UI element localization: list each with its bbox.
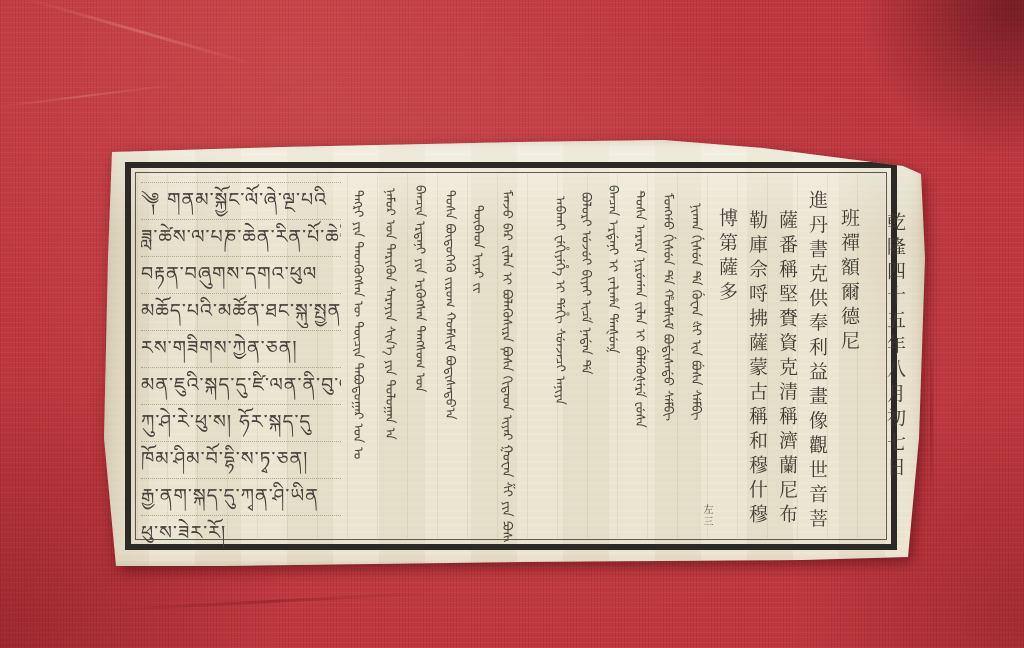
chinese-column: 博第薩多 (715, 208, 741, 308)
mongolian-column: ᠲᠥᠪᠡᠳ ᠢᠶᠡᠷ ᠵᠢᠶᠠᠨᠷᠡᠶᠢᠰᠢᠭ (466, 205, 490, 293)
fabric-crease (0, 83, 179, 108)
tibetan-line: བརྟན་བཞུགས་དགའ་ཕུལ (141, 256, 341, 291)
mongolian-column: ᠮᠠᠨᠵᠤ ᠪᠠᠷ ᠵᠢᠯᠠᠨ ᠢ ᠪᠤᠯᠡᠬᠦᠰᠢᠷᠡ ᠹᠤᠰᠠ ᠬᠢᠲᠠᠳ … (495, 190, 519, 542)
mongolian-column: ᠲᠩᠷᠢ ᠶᠢᠨ ᠲᠡᠳᠬᠦᠭᠰᠡᠨ ᠦ ᠳᠥᠴᠢᠨ ᠲᠠᠪᠤᠳᠤᠭᠠᠷ ᠣᠨ … (346, 190, 370, 505)
chinese-column: 勒庫佘哷拂薩蒙古稱和穆什穆 (745, 210, 771, 542)
tibetan-line: རྒྱ་ནག་སྐད་དུ་ཀྭན་ཤི་ཡིན (141, 478, 341, 513)
fabric-crease (24, 0, 256, 66)
tibetan-line: མཆོད་པའི་མཚོན་ཐང་སྐུ་སྤྱན (141, 293, 341, 328)
manchu-column: ᠪᠠᠨᠴᠠᠨ ᡝᡵᡩᡝᠨᡳ ᡳ ᠵᠠᡶᠠᡥᠠ ᡩᠠᠨᡧᡠᡴ (601, 185, 625, 543)
chinese-column: 乾隆四十五年八月初七日 (883, 212, 909, 512)
manchu-column: ᠠᠪᡴᠠᡳ ᠸᡝᡥᡳᠶᡝᡥᡝ ᡳ ᡩᡝᡥᡳ ᠰᡠᠨᠵᠠᠴᡳ ᠠᠨᡳᠶᠠ (548, 196, 572, 541)
document-paper-wrap: ༆ གནམ་སྐྱོང་ལོ་ཞེ་ལྔ་པའི ཟླ་ཚེས་ལ་པཎ་ཆེན… (103, 138, 925, 568)
manchu-column: ᠮᠣᠩᡤᠣ ᡤᡳᠰᡠᠨ ᡩᡝ ᡥᠣᠮᠰᡳᠮ ᠪᠣᡩᡳᠰᠠᡩᠣ ᠰᡝᠮᠪᡳ (656, 193, 680, 538)
manchu-column: ᠪᠣᠯᠣᡵᡳ ᡠᠵᡠᡳ ᠪᡳᠶᠠᡳ ᡳᠴᡝ ᠨᠠᡩᠠᠨ ᡩᡝ (574, 192, 598, 464)
chinese-column: 班禪額爾德尼 (837, 208, 863, 373)
chinese-column: 薩番稱堅賚資克清稱濟蘭尼布 (775, 210, 801, 540)
tibetan-line: ཁོམ་ཤིམ་བོ་དྷི་ས་ཏྭ་ཅན། (141, 441, 341, 476)
manchu-column: ᠨᡳᡴᠠᠨ ᡤᡳᠰᡠᠨ ᡩᡝ ᡤᡠᠸᠠᠨ ᡧᡳ ᡳᠨ ᡦᡠᠰᠠ ᠰᡝᠮᠪᡳ (684, 203, 708, 538)
photograph-of-inscription: ༆ གནམ་སྐྱོང་ལོ་ཞེ་ལྔ་པའི ཟླ་ཚེས་ལ་པཎ་ཆེན… (0, 0, 1024, 648)
position-note: 左三 (699, 504, 714, 528)
tibetan-line: རས་གཟིགས་ཀྱེན་ཅན། (141, 330, 341, 365)
tibetan-line: ༆ གནམ་སྐྱོང་ལོ་ཞེ་ལྔ་པའི (141, 182, 341, 217)
chinese-column: 進丹書克供奉利益畫像觀世音菩 (805, 190, 831, 540)
manchu-column: ᡨᡠᠰᠠ ᠠᡵᠠᡵᠠ ᠨᡳᡵᡠᡤᠠᠨ ᠵᡳᠯᠠᠨ ᡳ ᠪᡠᠯᡝᡴᡠᡧᡝᡵᡝ ᡶᡠ… (628, 190, 652, 548)
tibetan-line: ཟླ་ཚེས་ལ་པཎ་ཆེན་རིན་པོ་ཆེའི (141, 219, 341, 254)
mongolian-column: ᠪᠠᠨᠴᠢᠨ ᠡᠷᠳᠡᠨᠢ ᠶᠢᠨ ᠡᠷᠭᠦᠭᠰᠡᠨ ᠳᠠᠩᠰᠤᠭ ᠤᠨ (408, 185, 432, 543)
document-paper: ༆ གནམ་སྐྱོང་ལོ་ཞེ་ལྔ་པའི ཟླ་ཚེས་ལ་པཎ་ཆེན… (103, 138, 925, 568)
fabric-crease (110, 592, 430, 612)
tibetan-line: ཀུ་ཤེ་རེ་ཕུ་ས། ཧོར་སྐད་དུ (141, 404, 341, 439)
mongolian-column: ᠨᠠᠮᠤᠷ ᠤᠨ ᠲᠡᠷᠢᠭᠦᠨ ᠰᠠᠷᠠᠶᠢᠨ ᠰᠢᠨ᠎ᠡ ᠶᠢᠨ ᠳᠣᠯᠤᠭ… (378, 188, 402, 463)
tibetan-line: ཕུ་ས་ཟེར་རོ། (141, 515, 341, 550)
fabric-crease (930, 330, 933, 510)
tibetan-line: མན་ཇུའི་སྐད་དུ་ཛི་ལན་ནི་བུ་ལེ (141, 367, 341, 402)
mongolian-column: ᠲᠤᠰᠠ ᠪᠦᠲᠦᠭᠡᠬᠦ ᠵᠢᠷᠤᠭ ᠬᠣᠮᠰᠢᠮ ᠪᠣᠳᠢᠰᠠᠳᠤ᠎ᠠ (438, 190, 462, 548)
